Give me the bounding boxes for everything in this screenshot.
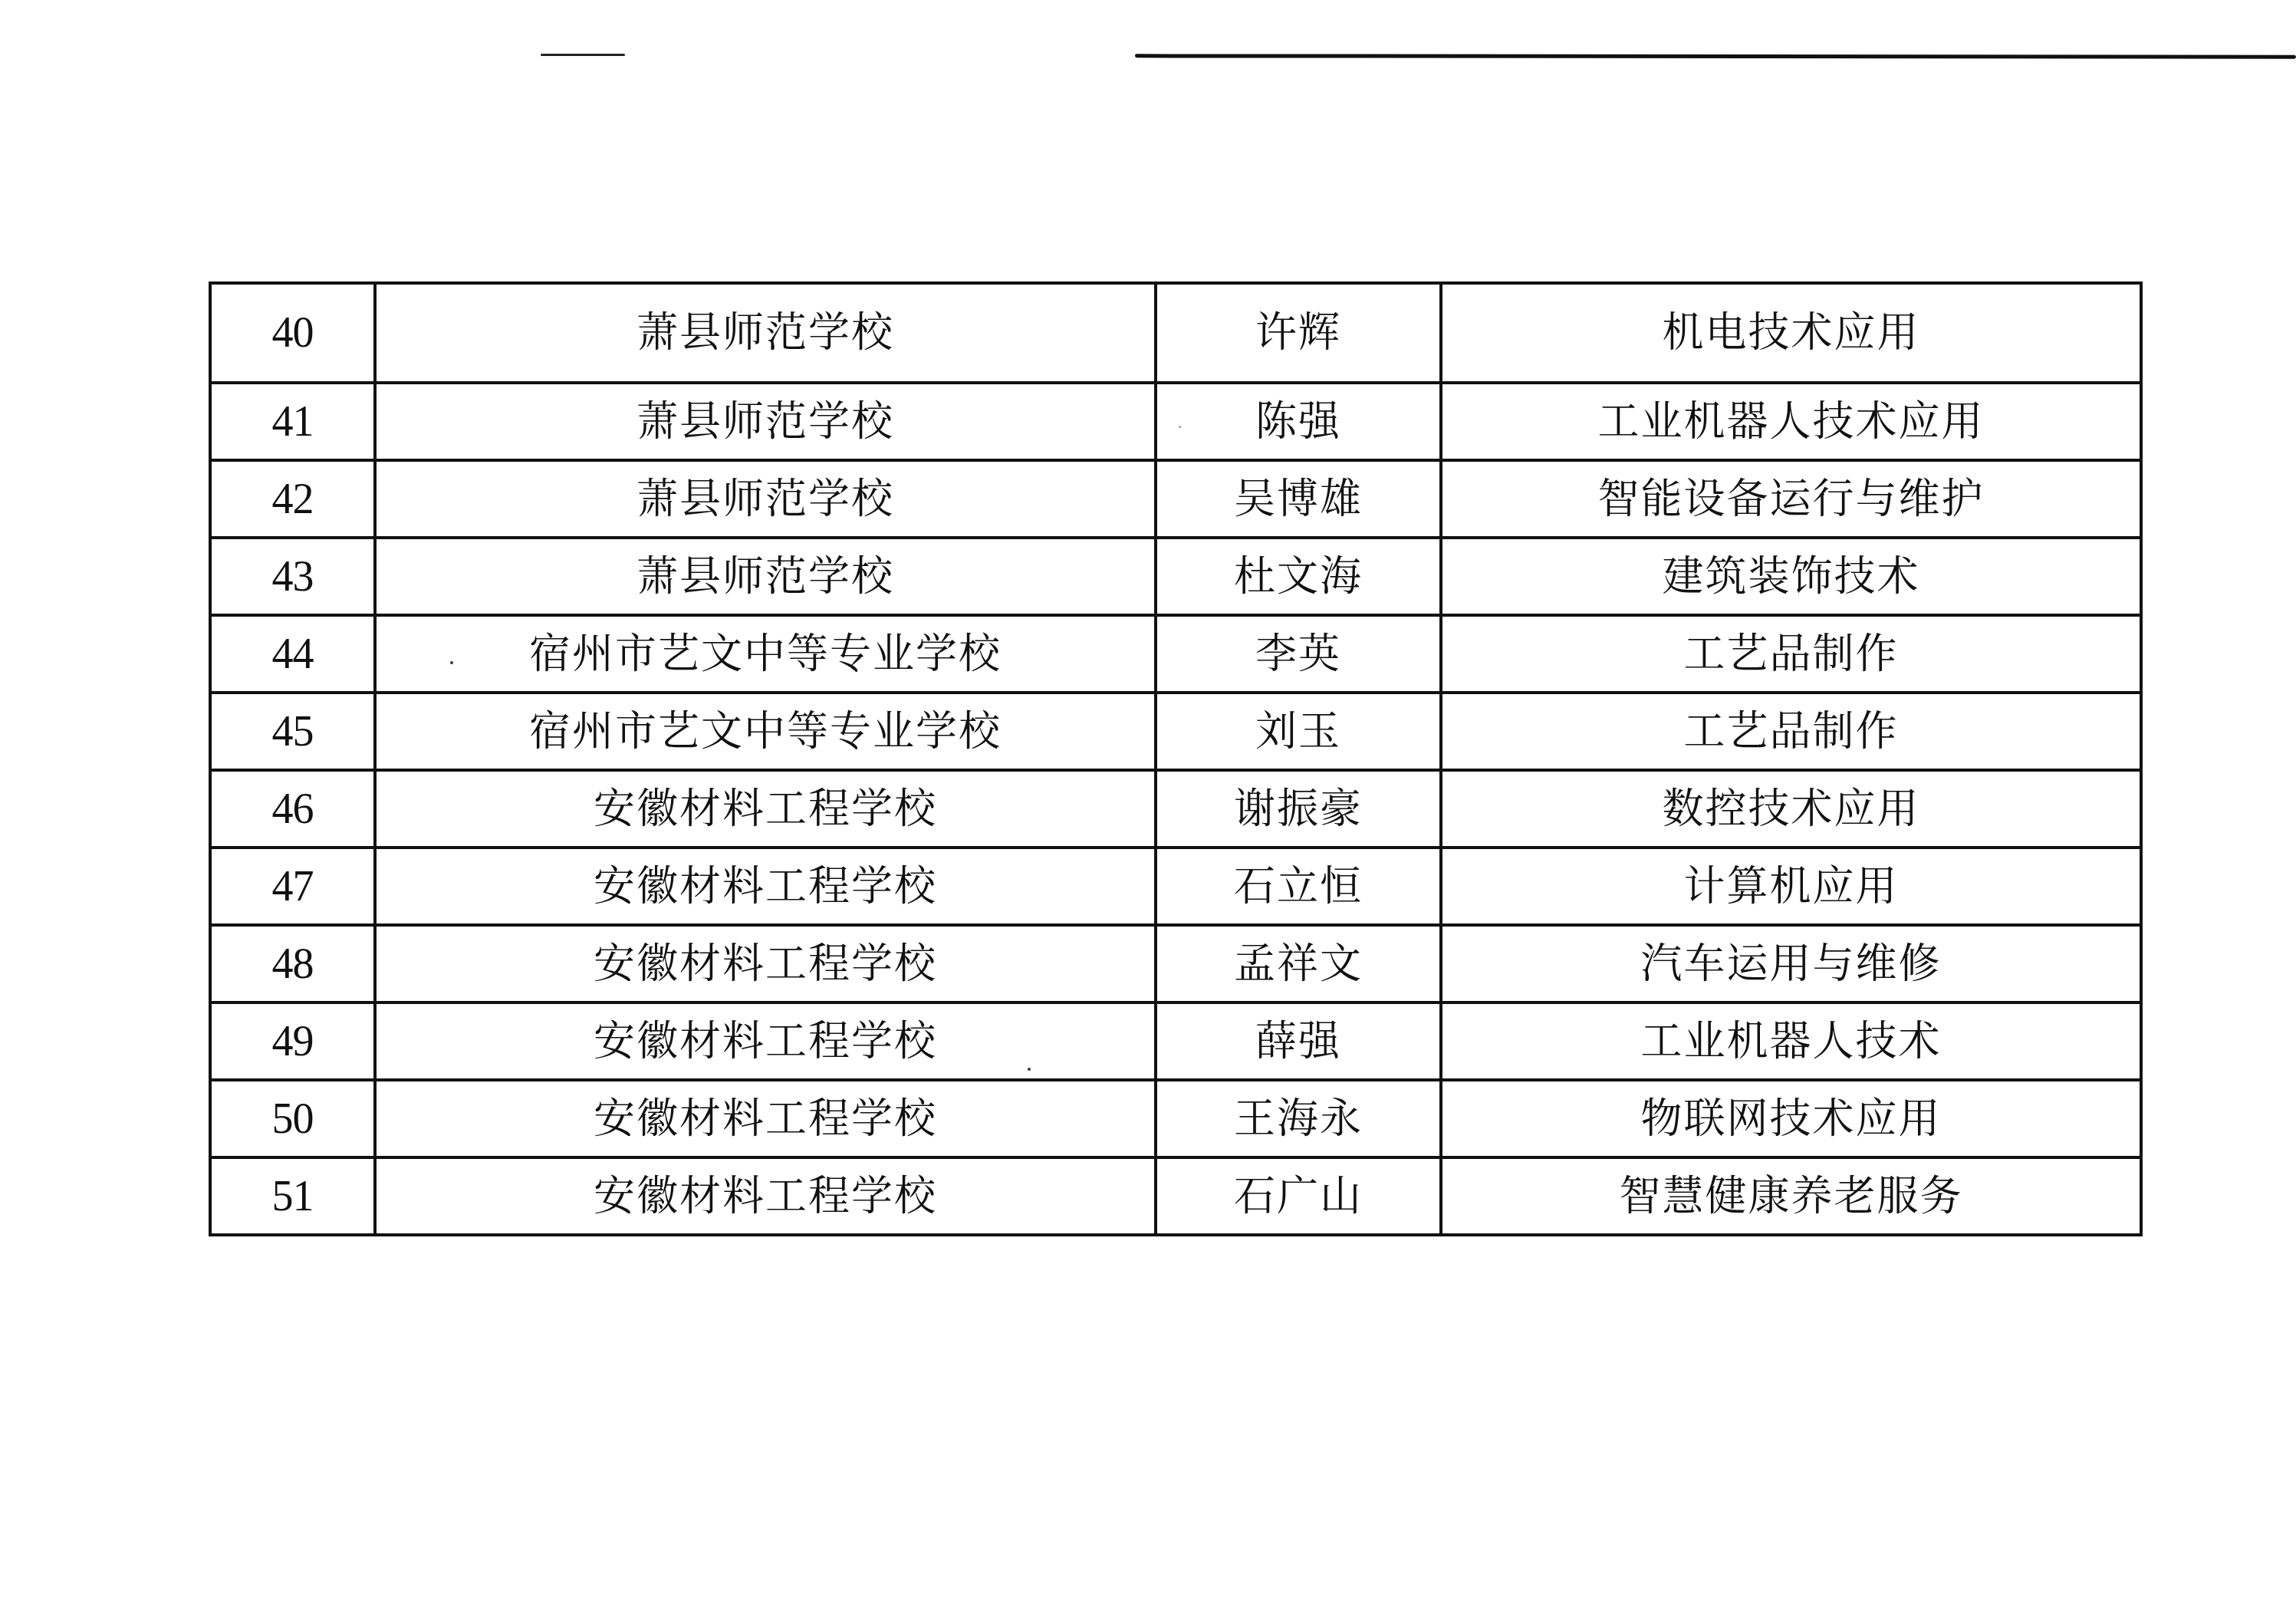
scan-speck: [1179, 426, 1181, 428]
name-cell: 杜文海: [1156, 538, 1441, 615]
major-cell: 智慧健康养老服务: [1441, 1157, 2141, 1235]
major-cell: 建筑装饰技术: [1441, 538, 2141, 615]
name-cell: 陈强: [1156, 383, 1441, 460]
table-row: 50 安徽材料工程学校 王海永 物联网技术应用: [210, 1080, 2141, 1157]
major-cell: 智能设备运行与维护: [1441, 460, 2141, 538]
name-cell: 王海永: [1156, 1080, 1441, 1157]
table-row: 48 安徽材料工程学校 孟祥文 汽车运用与维修: [210, 925, 2141, 1002]
major-cell: 计算机应用: [1441, 848, 2141, 925]
scan-speck: [450, 661, 453, 664]
name-cell: 李英: [1156, 615, 1441, 693]
school-cell: 安徽材料工程学校: [375, 925, 1156, 1002]
scan-artifact-line-long: [1135, 54, 2296, 58]
name-cell: 谢振豪: [1156, 770, 1441, 848]
table-row: 44 宿州市艺文中等专业学校 李英 工艺品制作: [210, 615, 2141, 693]
name-cell: 薛强: [1156, 1002, 1441, 1080]
row-number-cell: 51: [210, 1157, 375, 1235]
row-number-cell: 49: [210, 1002, 375, 1080]
row-number-cell: 47: [210, 848, 375, 925]
name-cell: 许辉: [1156, 283, 1441, 383]
roster-table-body: 40 萧县师范学校 许辉 机电技术应用 41 萧县师范学校 陈强 工业机器人技术…: [210, 283, 2141, 1235]
school-cell: 安徽材料工程学校: [375, 770, 1156, 848]
major-cell: 机电技术应用: [1441, 283, 2141, 383]
table-row: 47 安徽材料工程学校 石立恒 计算机应用: [210, 848, 2141, 925]
school-cell: 宿州市艺文中等专业学校: [375, 615, 1156, 693]
row-number-cell: 42: [210, 460, 375, 538]
major-cell: 工艺品制作: [1441, 693, 2141, 770]
table-row: 40 萧县师范学校 许辉 机电技术应用: [210, 283, 2141, 383]
row-number-cell: 40: [210, 283, 375, 383]
major-cell: 数控技术应用: [1441, 770, 2141, 848]
row-number-cell: 44: [210, 615, 375, 693]
school-cell: 安徽材料工程学校: [375, 1080, 1156, 1157]
name-cell: 石广山: [1156, 1157, 1441, 1235]
table-row: 46 安徽材料工程学校 谢振豪 数控技术应用: [210, 770, 2141, 848]
school-cell: 宿州市艺文中等专业学校: [375, 693, 1156, 770]
school-cell: 萧县师范学校: [375, 383, 1156, 460]
row-number-cell: 46: [210, 770, 375, 848]
table-row: 49 安徽材料工程学校 薛强 工业机器人技术: [210, 1002, 2141, 1080]
table-row: 42 萧县师范学校 吴博雄 智能设备运行与维护: [210, 460, 2141, 538]
table-row: 43 萧县师范学校 杜文海 建筑装饰技术: [210, 538, 2141, 615]
school-cell: 安徽材料工程学校: [375, 1002, 1156, 1080]
major-cell: 汽车运用与维修: [1441, 925, 2141, 1002]
table-row: 41 萧县师范学校 陈强 工业机器人技术应用: [210, 383, 2141, 460]
major-cell: 工业机器人技术: [1441, 1002, 2141, 1080]
name-cell: 吴博雄: [1156, 460, 1441, 538]
name-cell: 石立恒: [1156, 848, 1441, 925]
major-cell: 工业机器人技术应用: [1441, 383, 2141, 460]
row-number-cell: 45: [210, 693, 375, 770]
row-number-cell: 50: [210, 1080, 375, 1157]
school-cell: 萧县师范学校: [375, 283, 1156, 383]
school-cell: 萧县师范学校: [375, 538, 1156, 615]
scan-speck: [1028, 1068, 1031, 1071]
row-number-cell: 43: [210, 538, 375, 615]
school-cell: 萧县师范学校: [375, 460, 1156, 538]
scan-artifact-line-short: [541, 54, 625, 56]
school-cell: 安徽材料工程学校: [375, 1157, 1156, 1235]
school-cell: 安徽材料工程学校: [375, 848, 1156, 925]
name-cell: 孟祥文: [1156, 925, 1441, 1002]
major-cell: 工艺品制作: [1441, 615, 2141, 693]
table-row: 51 安徽材料工程学校 石广山 智慧健康养老服务: [210, 1157, 2141, 1235]
row-number-cell: 48: [210, 925, 375, 1002]
roster-table: 40 萧县师范学校 许辉 机电技术应用 41 萧县师范学校 陈强 工业机器人技术…: [209, 281, 2143, 1236]
name-cell: 刘玉: [1156, 693, 1441, 770]
row-number-cell: 41: [210, 383, 375, 460]
major-cell: 物联网技术应用: [1441, 1080, 2141, 1157]
table-row: 45 宿州市艺文中等专业学校 刘玉 工艺品制作: [210, 693, 2141, 770]
